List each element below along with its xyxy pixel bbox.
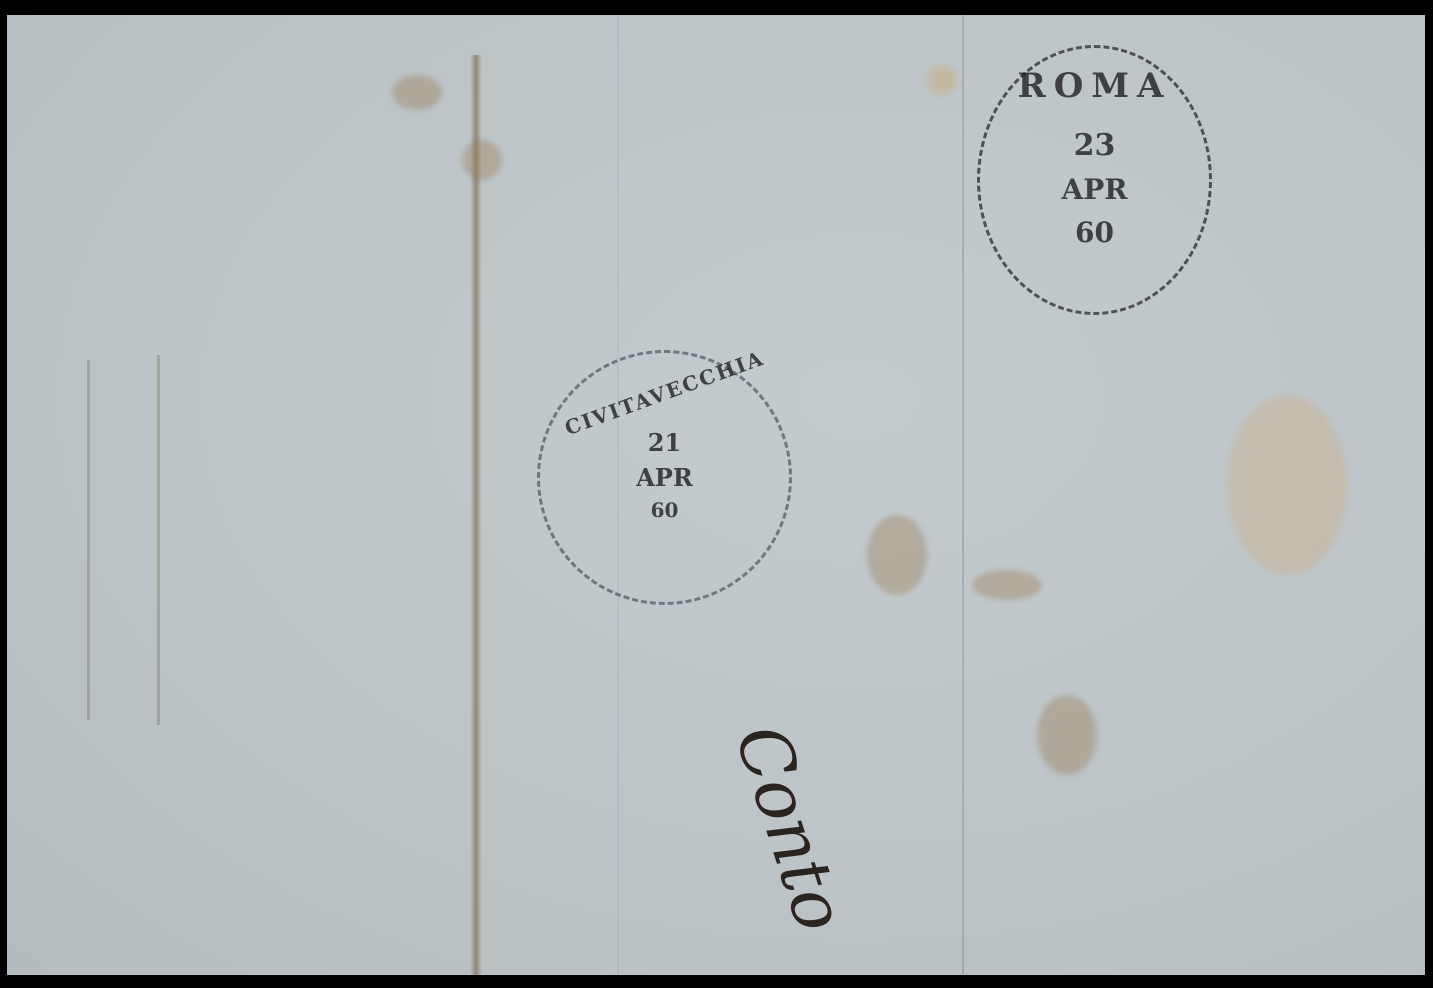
letter-cover: ROMA 23 APR 60 CIVITAVECCHIA 21 APR 60 C… (7, 15, 1425, 975)
postmark-year: 60 (540, 498, 789, 522)
ink-stain-line (470, 55, 482, 975)
stain (867, 515, 927, 595)
stain (392, 75, 442, 110)
stain (972, 570, 1042, 600)
stain (462, 140, 502, 180)
postmark-civitavecchia: CIVITAVECCHIA 21 APR 60 (537, 350, 792, 605)
stain (927, 65, 957, 95)
fold-line (962, 15, 964, 975)
handwritten-note: Conto (719, 715, 862, 941)
faint-line (87, 360, 90, 720)
stain (1037, 695, 1097, 775)
postmark-month: APR (980, 173, 1209, 206)
postmark-day: 21 (540, 428, 789, 457)
postmark-town: ROMA (980, 66, 1209, 106)
stain (1227, 395, 1347, 575)
faint-line (157, 355, 160, 725)
postmark-month: APR (540, 463, 789, 492)
postmark-year: 60 (980, 216, 1209, 249)
postmark-roma: ROMA 23 APR 60 (977, 45, 1212, 315)
postmark-day: 23 (980, 128, 1209, 163)
